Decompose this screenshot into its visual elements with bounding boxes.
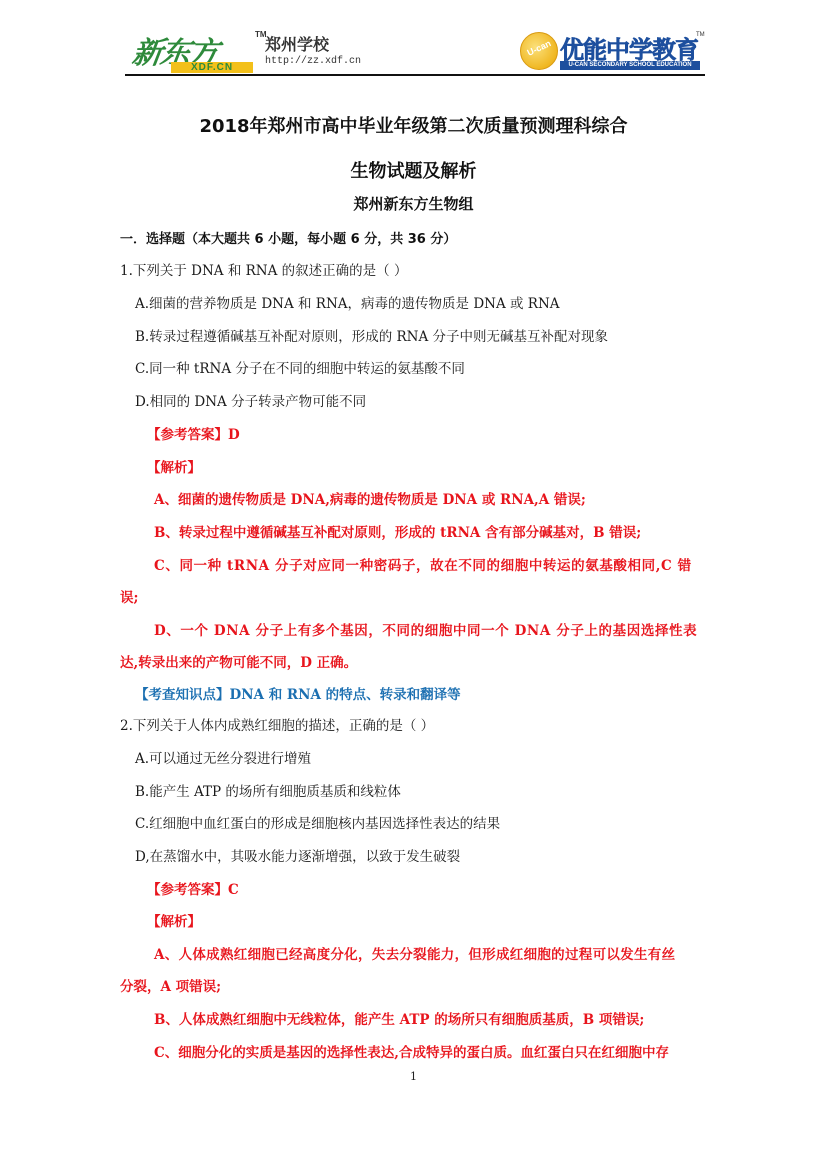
question-1-analysis-d-cont: 达,转录出来的产物可能不同，D 正确。 <box>120 651 357 671</box>
question-2-option-b: B.能产生 ATP 的场所有细胞质基质和线粒体 <box>135 780 401 800</box>
school-name: 郑州学校 <box>265 32 329 55</box>
document-title: 2018年郑州市高中毕业年级第二次质量预测理科综合 <box>0 112 827 138</box>
xdf-brand-en: XDF.CN <box>171 62 253 73</box>
xdf-logo: 新东方 TM XDF.CN <box>133 32 255 72</box>
question-2-stem: 2.下列关于人体内成熟红细胞的描述，正确的是（ ） <box>120 714 434 734</box>
ucan-badge-icon: U-can <box>520 32 558 70</box>
question-2-option-c: C.红细胞中血红蛋白的形成是细胞核内基因选择性表达的结果 <box>135 812 500 832</box>
ucan-logo: U-can 优能中学教育 U-CAN SECONDARY SCHOOL EDUC… <box>520 32 700 72</box>
ucan-brand-cn: 优能中学教育 <box>560 30 698 65</box>
question-1-analysis-c-cont: 误; <box>120 586 138 606</box>
question-2-option-d: D,在蒸馏水中，其吸水能力逐渐增强，以致于发生破裂 <box>135 845 460 865</box>
question-1-knowledge-point: 【考查知识点】DNA 和 RNA 的特点、转录和翻译等 <box>135 683 461 703</box>
question-1-stem: 1.下列关于 DNA 和 RNA 的叙述正确的是（ ） <box>120 259 407 279</box>
question-1-answer: 【参考答案】D <box>147 423 240 443</box>
document-author: 郑州新东方生物组 <box>0 193 827 214</box>
question-1-analysis-d: D、一个 DNA 分子上有多个基因，不同的细胞中同一个 DNA 分子上的基因选择… <box>154 619 697 639</box>
ucan-badge-text: U-can <box>521 36 558 60</box>
document-subtitle: 生物试题及解析 <box>0 157 827 183</box>
question-1-option-b: B.转录过程遵循碱基互补配对原则，形成的 RNA 分子中则无碱基互补配对现象 <box>135 325 608 345</box>
trademark-mark: TM <box>696 32 705 38</box>
question-1-analysis-b: B、转录过程中遵循碱基互补配对原则，形成的 tRNA 含有部分碱基对，B 错误; <box>154 521 641 541</box>
question-1-option-c: C.同一种 tRNA 分子在不同的细胞中转运的氨基酸不同 <box>135 357 465 377</box>
page-number: 1 <box>0 1070 827 1083</box>
ucan-brand-en: U-CAN SECONDARY SCHOOL EDUCATION <box>560 61 700 70</box>
question-2-answer: 【参考答案】C <box>147 878 239 898</box>
question-2-analysis-a: A、人体成熟红细胞已经高度分化，失去分裂能力，但形成红细胞的过程可以发生有丝 <box>154 943 675 963</box>
question-1-analysis-c: C、同一种 tRNA 分子对应同一种密码子，故在不同的细胞中转运的氨基酸相同,C… <box>154 554 692 574</box>
question-1-option-a: A.细菌的营养物质是 DNA 和 RNA，病毒的遗传物质是 DNA 或 RNA <box>135 292 560 312</box>
question-2-analysis-c: C、细胞分化的实质是基因的选择性表达,合成特异的蛋白质。血红蛋白只在红细胞中存 <box>154 1041 669 1061</box>
question-2-analysis-b: B、人体成熟红细胞中无线粒体，能产生 ATP 的场所只有细胞质基质，B 项错误; <box>154 1008 644 1028</box>
school-url: http://zz.xdf.cn <box>265 56 361 67</box>
question-1-analysis-a: A、细菌的遗传物质是 DNA,病毒的遗传物质是 DNA 或 RNA,A 错误; <box>154 488 586 508</box>
section-heading: 一．选择题（本大题共 6 小题，每小题 6 分，共 36 分） <box>120 228 456 247</box>
question-2-option-a: A.可以通过无丝分裂进行增殖 <box>135 747 311 767</box>
question-1-analysis-label: 【解析】 <box>147 456 201 476</box>
question-2-analysis-label: 【解析】 <box>147 910 201 930</box>
question-1-option-d: D.相同的 DNA 分子转录产物可能不同 <box>135 390 366 410</box>
header-divider <box>125 74 705 76</box>
question-2-analysis-a-cont: 分裂，A 项错误; <box>120 975 221 995</box>
page-header: 新东方 TM XDF.CN 郑州学校 http://zz.xdf.cn U-ca… <box>125 28 705 74</box>
